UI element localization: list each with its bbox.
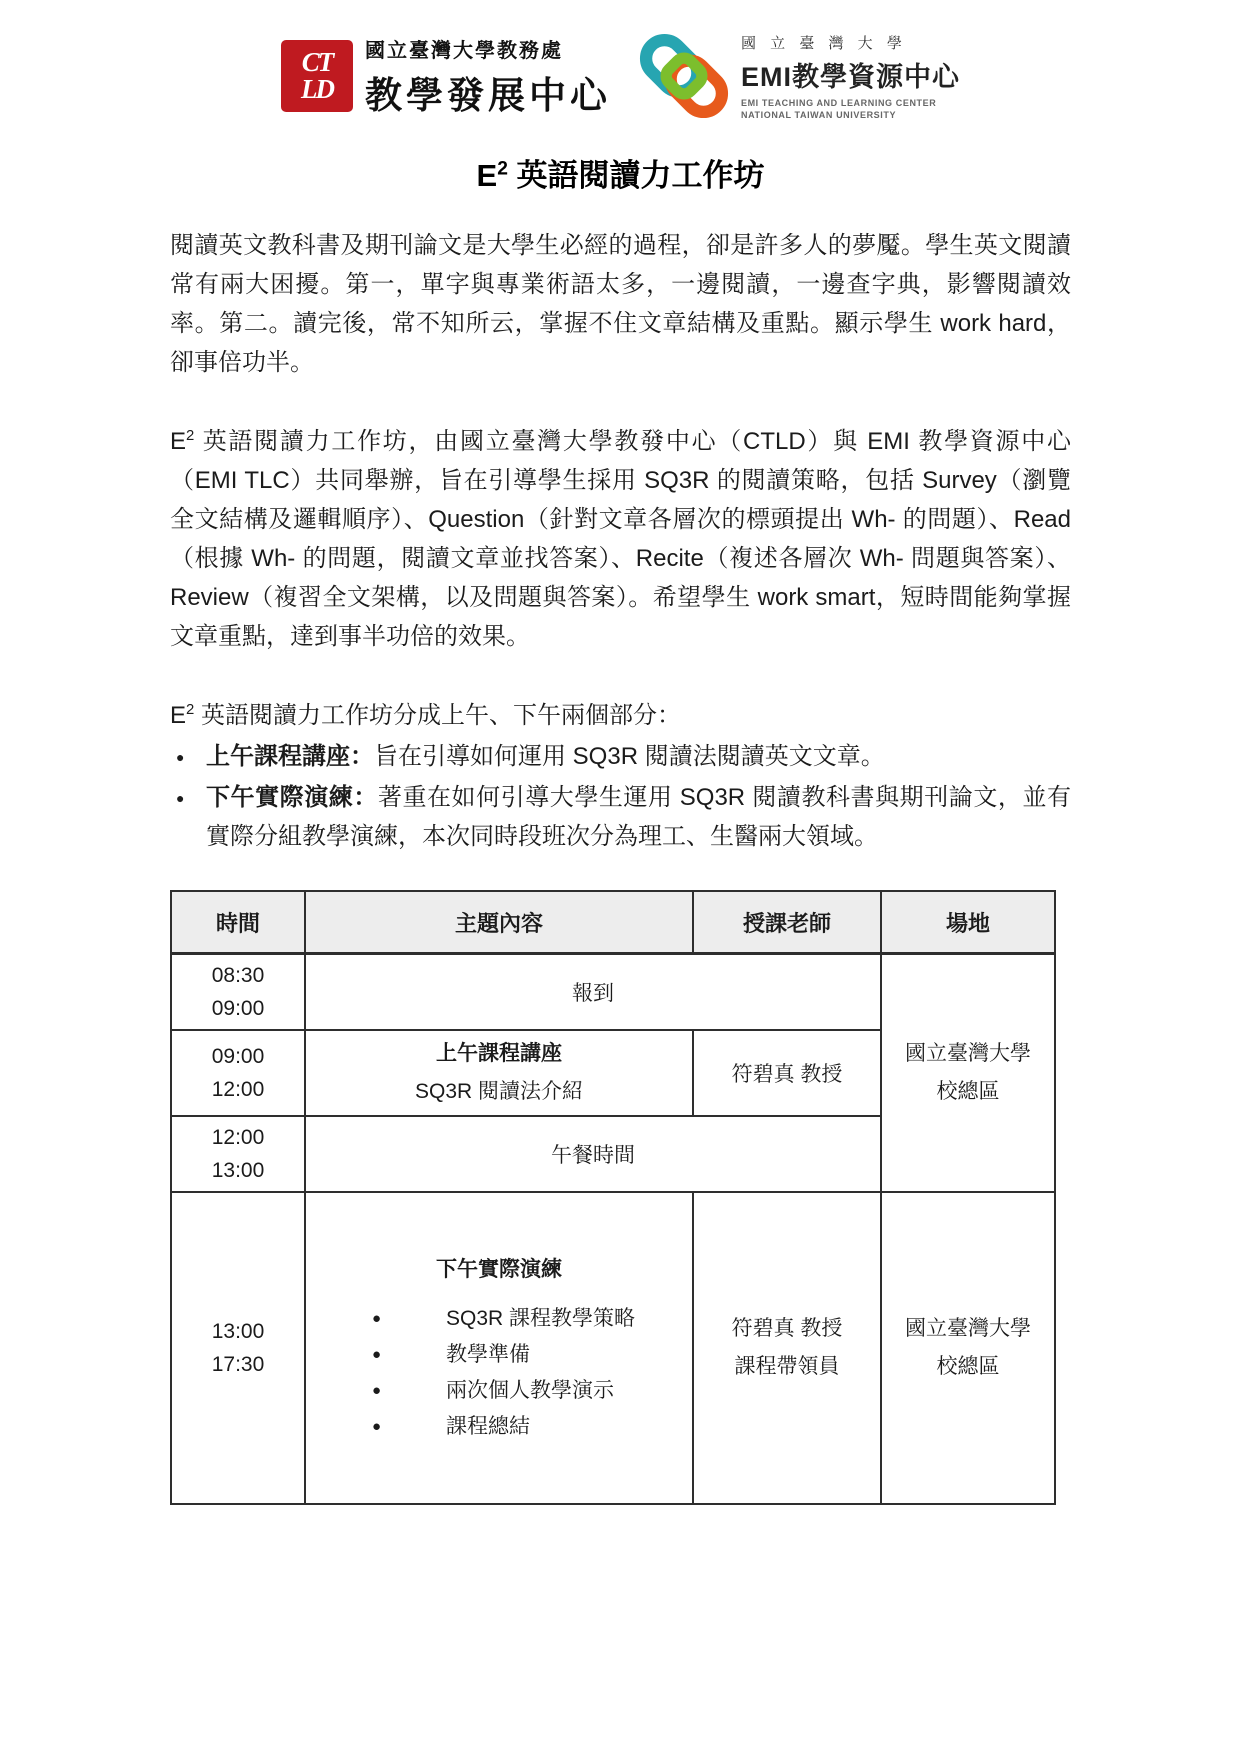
- afternoon-lead: 下午實際演練：: [206, 784, 378, 811]
- bullet-icon: ●: [372, 1409, 381, 1445]
- ctld-org-line: 國立臺灣大學教務處: [365, 34, 611, 63]
- header-venue: 場地: [881, 891, 1055, 954]
- morning-time-start: 09:00: [176, 1040, 300, 1073]
- afternoon-topic-title: 下午實際演練: [310, 1251, 688, 1289]
- checkin-topic-cell: 報到: [305, 954, 881, 1031]
- emi-university-line: 國 立 臺 灣 大 學: [741, 32, 960, 53]
- intro-paragraph-1: 閱讀英文教科書及期刊論文是大學生必經的過程，卻是許多人的夢魘。學生英文閱讀常有兩…: [170, 226, 1071, 382]
- table-row-checkin: 08:30 09:00 報到 國立臺灣大學 校總區: [171, 954, 1055, 1031]
- ctld-center-name: 教學發展中心: [365, 65, 611, 119]
- afternoon-agenda-list: ●SQ3R 課程教學策略 ●教學準備 ●兩次個人教學演示 ●課程總結: [310, 1301, 688, 1445]
- intro-paragraph-2: E2 英語閱讀力工作坊，由國立臺灣大學教發中心（CTLD）與 EMI 教學資源中…: [170, 422, 1071, 656]
- header-logos: CT LD 國立臺灣大學教務處 教學發展中心 國 立 臺 灣 大 學 EMI教學…: [170, 28, 1071, 124]
- ctld-monogram-top: CT: [302, 49, 333, 76]
- split-text: 英語閱讀力工作坊分成上午、下午兩個部分：: [194, 702, 681, 729]
- ctld-monogram-bottom: LD: [301, 76, 333, 103]
- split-e: E: [170, 702, 186, 729]
- checkin-time-cell: 08:30 09:00: [171, 954, 305, 1031]
- parts-intro-line: E2 英語閱讀力工作坊分成上午、下午兩個部分：: [170, 696, 1071, 735]
- venue-line2: 校總區: [886, 1073, 1050, 1111]
- header-topic: 主題內容: [305, 891, 693, 954]
- lunch-time-start: 12:00: [176, 1121, 300, 1154]
- p2-e: E: [170, 428, 186, 455]
- header-time: 時間: [171, 891, 305, 954]
- bullet-icon: ●: [176, 779, 184, 818]
- agenda-item-text: 兩次個人教學演示: [446, 1379, 614, 1402]
- bullet-icon: ●: [176, 738, 184, 777]
- morning-text: 旨在引導如何運用 SQ3R 閱讀法閱讀英文文章。: [374, 743, 885, 770]
- afternoon-teacher-line2: 課程帶領員: [698, 1348, 876, 1386]
- agenda-item-text: SQ3R 課程教學策略: [446, 1307, 635, 1330]
- afternoon-teacher-line1: 符碧真 教授: [698, 1310, 876, 1348]
- list-item-afternoon: ●下午實際演練：著重在如何引導大學生運用 SQ3R 閱讀教科書與期刊論文，並有實…: [170, 778, 1071, 856]
- ctld-logo: CT LD 國立臺灣大學教務處 教學發展中心: [281, 34, 611, 119]
- venue-line1: 國立臺灣大學: [886, 1035, 1050, 1073]
- lunch-topic-cell: 午餐時間: [305, 1116, 881, 1192]
- ctld-monogram-icon: CT LD: [281, 40, 353, 112]
- emi-logo: 國 立 臺 灣 大 學 EMI教學資源中心 EMI TEACHING AND L…: [639, 31, 960, 121]
- agenda-item: ●教學準備: [310, 1337, 688, 1373]
- checkin-time-end: 09:00: [176, 992, 300, 1025]
- emi-english-line2: NATIONAL TAIWAN UNIVERSITY: [741, 109, 960, 121]
- header-teacher: 授課老師: [693, 891, 881, 954]
- afternoon-venue-line1: 國立臺灣大學: [886, 1310, 1050, 1348]
- agenda-item: ●兩次個人教學演示: [310, 1373, 688, 1409]
- title-superscript: 2: [497, 159, 508, 180]
- workshop-parts-list: ●上午課程講座：旨在引導如何運用 SQ3R 閱讀法閱讀英文文章。 ●下午實際演練…: [170, 737, 1071, 856]
- afternoon-teacher-cell: 符碧真 教授 課程帶領員: [693, 1192, 881, 1504]
- afternoon-venue-cell: 國立臺灣大學 校總區: [881, 1192, 1055, 1504]
- afternoon-topic-cell: 下午實際演練 ●SQ3R 課程教學策略 ●教學準備 ●兩次個人教學演示 ●課程總…: [305, 1192, 693, 1504]
- agenda-item: ●SQ3R 課程教學策略: [310, 1301, 688, 1337]
- bullet-icon: ●: [372, 1301, 381, 1337]
- title-text: 英語閱讀力工作坊: [508, 158, 765, 193]
- bullet-icon: ●: [372, 1373, 381, 1409]
- schedule-table: 時間 主題內容 授課老師 場地 08:30 09:00 報到 國立臺灣大學 校總…: [170, 890, 1056, 1505]
- morning-time-cell: 09:00 12:00: [171, 1030, 305, 1116]
- morning-time-end: 12:00: [176, 1073, 300, 1106]
- emi-text-block: 國 立 臺 灣 大 學 EMI教學資源中心 EMI TEACHING AND L…: [741, 32, 960, 121]
- emi-english-line1: EMI TEACHING AND LEARNING CENTER: [741, 97, 960, 109]
- agenda-item-text: 課程總結: [446, 1415, 530, 1438]
- emi-center-name: EMI教學資源中心: [741, 55, 960, 94]
- page-title: E2 英語閱讀力工作坊: [170, 154, 1071, 198]
- morning-topic-cell: 上午課程講座 SQ3R 閱讀法介紹: [305, 1030, 693, 1116]
- table-row-afternoon: 13:00 17:30 下午實際演練 ●SQ3R 課程教學策略 ●教學準備 ●兩…: [171, 1192, 1055, 1504]
- agenda-item-text: 教學準備: [446, 1343, 530, 1366]
- ctld-text-block: 國立臺灣大學教務處 教學發展中心: [365, 34, 611, 119]
- afternoon-venue-line2: 校總區: [886, 1348, 1050, 1386]
- morning-topic-title: 上午課程講座: [310, 1035, 688, 1073]
- venue-cell-main: 國立臺灣大學 校總區: [881, 954, 1055, 1193]
- lunch-time-cell: 12:00 13:00: [171, 1116, 305, 1192]
- morning-teacher-cell: 符碧真 教授: [693, 1030, 881, 1116]
- bullet-icon: ●: [372, 1337, 381, 1373]
- document-page: CT LD 國立臺灣大學教務處 教學發展中心 國 立 臺 灣 大 學 EMI教學…: [0, 0, 1241, 1755]
- table-header-row: 時間 主題內容 授課老師 場地: [171, 891, 1055, 954]
- morning-topic-sub: SQ3R 閱讀法介紹: [310, 1073, 688, 1111]
- afternoon-time-end: 17:30: [176, 1348, 300, 1381]
- p2-text: 英語閱讀力工作坊，由國立臺灣大學教發中心（CTLD）與 EMI 教學資源中心（E…: [170, 428, 1071, 650]
- emi-knot-icon: [639, 31, 729, 121]
- morning-lead: 上午課程講座：: [206, 743, 374, 770]
- list-item-morning: ●上午課程講座：旨在引導如何運用 SQ3R 閱讀法閱讀英文文章。: [170, 737, 1071, 776]
- afternoon-time-start: 13:00: [176, 1315, 300, 1348]
- agenda-item: ●課程總結: [310, 1409, 688, 1445]
- afternoon-time-cell: 13:00 17:30: [171, 1192, 305, 1504]
- checkin-time-start: 08:30: [176, 959, 300, 992]
- title-e: E: [477, 158, 498, 193]
- lunch-time-end: 13:00: [176, 1154, 300, 1187]
